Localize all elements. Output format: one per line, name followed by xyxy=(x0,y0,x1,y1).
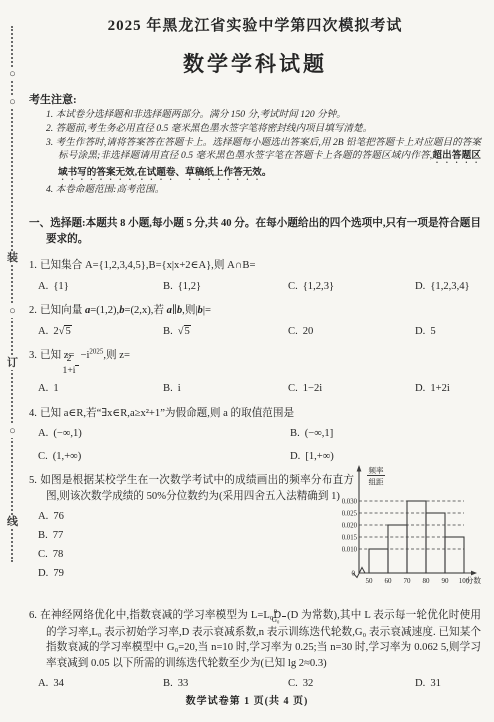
notice-item-2: 2. 答题前,考生务必用直径 0.5 毫米黑色墨水签字笔将密封线内项目填写清楚。 xyxy=(29,122,481,136)
svg-text:60: 60 xyxy=(385,577,393,585)
binding-line: ○ ○ 装 ○ 订 ○ 线 xyxy=(11,26,13,562)
question-2-option-A: A.2√5 xyxy=(38,324,163,340)
question-4-options: A.(−∞,1)B.(−∞,1]C.(1,+∞)D.[1,+∞) xyxy=(29,426,481,464)
question-6-stem: 6.在神经网络优化中,指数衰减的学习率模型为 L=L₀DnG₀(D 为常数),其… xyxy=(29,608,481,671)
question-1-option-A: A.{1} xyxy=(38,279,163,295)
binding-circle: ○ xyxy=(5,96,20,109)
binding-char-xian: 线 xyxy=(5,516,20,529)
paper-title: 数学学科试题 xyxy=(29,48,481,78)
notice-item-4: 4. 本卷命题范围:高考范围。 xyxy=(29,183,481,197)
question-3-options: A.1B.iC.1−2iD.1+2i xyxy=(29,381,481,397)
page-footer: 数学试卷第 1 页(共 4 页) xyxy=(0,692,494,707)
notice-heading: 考生注意: xyxy=(29,93,481,108)
question-6-option-A: A.34 xyxy=(38,676,163,692)
question-6-option-D: D.31 xyxy=(415,676,481,692)
question-3-option-A: A.1 xyxy=(38,381,163,397)
question-1-option-B: B.{1,2} xyxy=(163,279,288,295)
binding-char-ding: 订 xyxy=(5,357,20,370)
question-6-options: A.34B.33C.32D.31 xyxy=(29,676,481,692)
question-5-stem: 5.如图是根据某校学生在一次数学考试中的成绩画出的频率分布直方图,则该次数学成绩… xyxy=(29,473,354,504)
svg-text:0.025: 0.025 xyxy=(342,510,358,517)
svg-text:80: 80 xyxy=(423,577,431,585)
exam-page: ○ ○ 装 ○ 订 ○ 线 2025 年黑龙江省实验中学第四次模拟考试 数学学科… xyxy=(0,0,494,722)
exam-title: 2025 年黑龙江省实验中学第四次模拟考试 xyxy=(29,14,481,35)
svg-text:频率: 频率 xyxy=(369,465,384,475)
question-5-option-A: A.76 xyxy=(38,509,249,525)
svg-text:0.030: 0.030 xyxy=(342,498,358,505)
question-5-option-C: C.78 xyxy=(38,547,249,563)
question-list: 1.已知集合 A={1,2,3,4,5},B={x|x+2∈A},则 A∩B=A… xyxy=(29,258,481,691)
question-4-option-B: B.(−∞,1] xyxy=(290,426,481,442)
svg-text:0.020: 0.020 xyxy=(342,522,358,529)
question-2-options: A.2√5B.√5C.20D.5 xyxy=(29,324,481,340)
question-1-options: A.{1}B.{1,2}C.{1,2,3}D.{1,2,3,4} xyxy=(29,279,481,295)
question-3-option-B: B.i xyxy=(163,381,288,397)
svg-text:组距: 组距 xyxy=(369,478,384,487)
question-5: 5.如图是根据某校学生在一次数学考试中的成绩画出的频率分布直方图,则该次数学成绩… xyxy=(29,473,481,599)
question-6: 6.在神经网络优化中,指数衰减的学习率模型为 L=L₀DnG₀(D 为常数),其… xyxy=(29,608,481,692)
notice-block: 考生注意: 1. 本试卷分选择题和非选择题两部分。满分 150 分,考试时间 1… xyxy=(29,93,481,197)
binding-char-zhuang: 装 xyxy=(5,252,20,265)
question-1-option-C: C.{1,2,3} xyxy=(288,279,415,295)
question-2-option-C: C.20 xyxy=(288,324,415,340)
question-6-option-C: C.32 xyxy=(288,676,415,692)
question-6-option-B: B.33 xyxy=(163,676,288,692)
svg-text:0.010: 0.010 xyxy=(342,546,358,553)
question-2-option-B: B.√5 xyxy=(163,324,288,340)
notice-items: 1. 本试卷分选择题和非选择题两部分。满分 150 分,考试时间 120 分钟。… xyxy=(29,108,481,197)
question-3-stem: 3.已知 z=21+i−i2025,则 z= xyxy=(29,348,481,376)
question-4-option-A: A.(−∞,1) xyxy=(38,426,290,442)
svg-text:分数: 分数 xyxy=(466,575,481,585)
svg-text:50: 50 xyxy=(366,577,374,585)
question-1: 1.已知集合 A={1,2,3,4,5},B={x|x+2∈A},则 A∩B=A… xyxy=(29,258,481,294)
svg-text:70: 70 xyxy=(404,577,412,585)
question-5-options: A.76B.77C.78D.79 xyxy=(29,509,249,582)
question-5-option-B: B.77 xyxy=(38,528,249,544)
notice-item-3: 3. 考生作答时,请将答案答在答题卡上。选择题每小题选出答案后,用 2B 铅笔把… xyxy=(29,136,481,184)
question-4-stem: 4.已知 a∈R,若“∃x∈R,a≥x²+1”为假命题,则 a 的取值范围是 xyxy=(29,406,481,422)
question-3-option-C: C.1−2i xyxy=(288,381,415,397)
notice-item-1: 1. 本试卷分选择题和非选择题两部分。满分 150 分,考试时间 120 分钟。 xyxy=(29,108,481,122)
question-2-option-D: D.5 xyxy=(415,324,481,340)
binding-circle: ○ xyxy=(5,305,20,318)
question-4: 4.已知 a∈R,若“∃x∈R,a≥x²+1”为假命题,则 a 的取值范围是A.… xyxy=(29,406,481,465)
binding-circle: ○ xyxy=(5,425,20,438)
question-3: 3.已知 z=21+i−i2025,则 z=A.1B.iC.1−2iD.1+2i xyxy=(29,348,481,396)
section-heading: 一、选择题:本题共 8 小题,每小题 5 分,共 40 分。在每小题给出的四个选… xyxy=(29,216,481,248)
question-4-option-C: C.(1,+∞) xyxy=(38,449,290,465)
svg-text:0.015: 0.015 xyxy=(342,534,358,541)
question-2-stem: 2.已知向量 a=(1,2),b=(2,x),若 a∥b,则|b|= xyxy=(29,303,481,319)
question-3-option-D: D.1+2i xyxy=(415,381,481,397)
question-2: 2.已知向量 a=(1,2),b=(2,x),若 a∥b,则|b|=A.2√5B… xyxy=(29,303,481,339)
page-content: 2025 年黑龙江省实验中学第四次模拟考试 数学学科试题 考生注意: 1. 本试… xyxy=(29,0,481,692)
question-1-stem: 1.已知集合 A={1,2,3,4,5},B={x|x+2∈A},则 A∩B= xyxy=(29,258,481,274)
svg-text:0: 0 xyxy=(352,570,356,578)
binding-circle: ○ xyxy=(5,68,20,81)
question-1-option-D: D.{1,2,3,4} xyxy=(415,279,481,295)
svg-text:90: 90 xyxy=(442,577,450,585)
question-5-option-D: D.79 xyxy=(38,566,249,582)
score-histogram: 0.0100.0150.0200.0250.03005060708090100分… xyxy=(329,461,481,595)
